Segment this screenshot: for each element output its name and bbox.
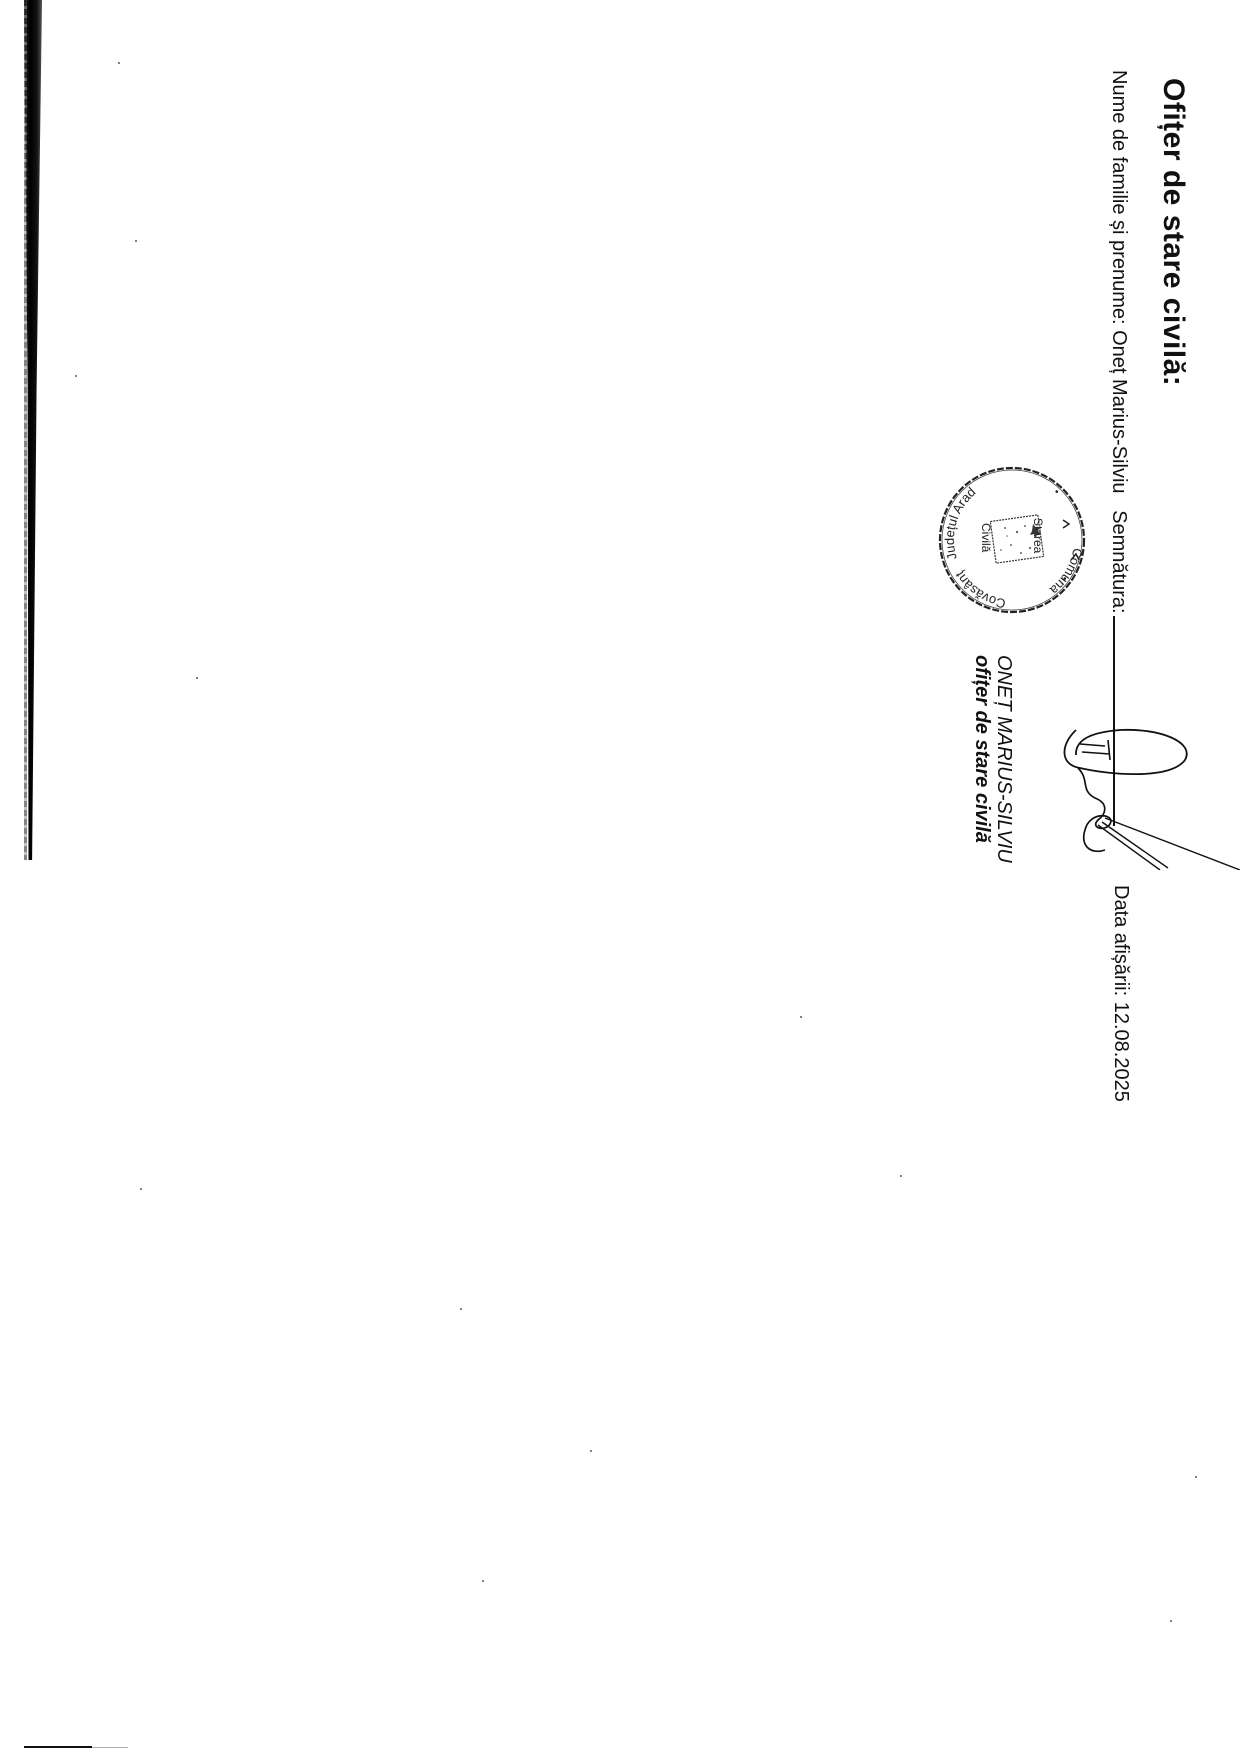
scan-edge-artifact-texture bbox=[24, 0, 27, 860]
signature-label: Semnătura: bbox=[1108, 510, 1130, 613]
svg-text:•: • bbox=[1063, 574, 1067, 585]
scan-footer-mark bbox=[24, 1746, 92, 1748]
display-date-line: Data afișării: 12.08.2025 bbox=[1109, 885, 1132, 1102]
svg-text:•: • bbox=[1055, 487, 1059, 498]
official-stamp: Comuna Covăsânț Județul Arad Starea Civi… bbox=[935, 460, 1090, 620]
scan-footer-mark-faint bbox=[92, 1747, 128, 1748]
stamp-outer-text-top: Comuna bbox=[1047, 547, 1086, 599]
name-value: Oneț Marius-Silviu bbox=[1108, 330, 1130, 493]
svg-text:Județul Arad: Județul Arad bbox=[942, 484, 978, 561]
date-value: 12.08.2025 bbox=[1110, 1002, 1132, 1102]
signatory-name: ONEȚ MARIUS-SILVIU bbox=[992, 655, 1015, 863]
svg-text:Comuna: Comuna bbox=[1047, 547, 1086, 599]
handwritten-signature bbox=[1050, 720, 1240, 870]
name-signature-line: Nume de familie și prenume: Oneț Marius-… bbox=[1107, 70, 1130, 826]
date-label: Data afișării: bbox=[1110, 885, 1132, 996]
name-label: Nume de familie și prenume: bbox=[1108, 70, 1130, 325]
section-title: Ofițer de stare civilă: bbox=[1156, 78, 1190, 386]
signatory-role: ofițer de stare civilă bbox=[970, 655, 993, 843]
stamp-outer-text-bottom: Județul Arad bbox=[942, 484, 978, 561]
